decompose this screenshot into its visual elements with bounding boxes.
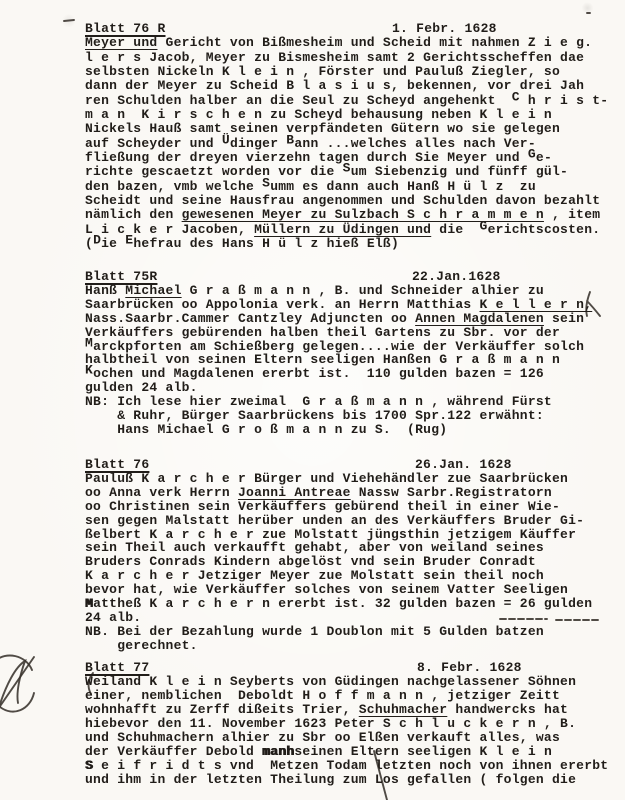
section-header: Blatt 75R22.Jan.1628 xyxy=(85,270,617,284)
section-header: Blatt 7626.Jan. 1628 xyxy=(85,458,617,472)
text-line: K a r c h e r Jetziger Meyer zue Molstat… xyxy=(85,569,617,583)
text-line: auf Scheyder und Üdinger Bann ...welches… xyxy=(85,137,617,151)
text-line: einer, nemblichen Deboldt H o f f m a n … xyxy=(85,689,617,703)
section-blatt-76r: Blatt 76 R1. Febr. 1628Meyer und Gericht… xyxy=(85,22,617,252)
text-line: Nass.Saarbr.Cammer Cantzley Adjuncten oo… xyxy=(85,312,617,326)
text-line: Mattheß K a r c h e r n ererbt ist. 32 g… xyxy=(85,597,617,611)
text-line: Marckpforten am Schießberg gelegen....wi… xyxy=(85,340,617,354)
section-blatt-75r: Blatt 75R22.Jan.1628Hanß Michael G r a ß… xyxy=(85,270,617,437)
text-line: NB. Bei der Bezahlung wurde 1 Doublon mi… xyxy=(85,625,617,639)
text-line: Weiland K l e i n Seyberts von Güdingen … xyxy=(85,675,617,689)
section-blatt-76: Blatt 7626.Jan. 1628Pauluß K a r c h e r… xyxy=(85,458,617,653)
text-line: halbtheil von seinen Eltern seeligen Han… xyxy=(85,353,617,367)
section-header: Blatt 76 R1. Febr. 1628 xyxy=(85,22,617,36)
margin-circled-letter-ellipse xyxy=(0,655,34,711)
text-line: und ihm in der letzten Theilung zum Los … xyxy=(85,773,617,787)
section-date: 26.Jan. 1628 xyxy=(415,458,512,472)
text-line: wohnhafft zu Zerff dißeits Trier, Schuhm… xyxy=(85,703,617,717)
text-line: sein Theil auch verkaufft gehabt, aber v… xyxy=(85,541,617,555)
text-line: S e i f r i d t s vnd Metzen Todam letzt… xyxy=(85,759,617,773)
text-line: Hanß Michael G r a ß m a n n , B. und Sc… xyxy=(85,284,617,298)
text-line: richte gescaetzt worden vor die Sum Sieb… xyxy=(85,165,617,179)
text-line: NB: Ich lese hier zweimal G r a ß m a n … xyxy=(85,395,617,409)
text-line: oo Christinen sein Verkäuffers gebürend … xyxy=(85,500,617,514)
section-title: Blatt 77 xyxy=(85,661,149,675)
text-line: fließung der dreyen vierzehn tagen durch… xyxy=(85,151,617,165)
text-line: Scheidt und seine Hausfrau angenommen un… xyxy=(85,194,617,208)
text-line: selbsten Nickeln K l e i n , Förster und… xyxy=(85,65,617,79)
text-line: nämlich den gewesenen Meyer zu Sulzbach … xyxy=(85,208,617,222)
text-line: & Ruhr, Bürger Saarbrückens bis 1700 Spr… xyxy=(85,409,617,423)
text-line: bevor hat, wie Verkäuffer solches von se… xyxy=(85,583,617,597)
text-line: m a n K i r s c h e n zu Scheyd behausun… xyxy=(85,108,617,122)
text-line: den bazen, vmb welche Summ es dann auch … xyxy=(85,180,617,194)
text-line: ren Schulden halber an die Seul zu Schey… xyxy=(85,94,617,108)
text-line: und Schuhmachern alhier zu Sbr oo Elßen … xyxy=(85,731,617,745)
top-left-dash-speck xyxy=(64,20,74,21)
section-title: Blatt 76 xyxy=(85,458,149,472)
text-line: gerechnet. xyxy=(85,639,617,653)
text-line: L i c k e r Jacoben, Müllern zu Üdingen … xyxy=(85,223,617,237)
section-header: Blatt 778. Febr. 1628 xyxy=(85,661,617,675)
text-line: Pauluß K a r c h e r Bürger und Viehehän… xyxy=(85,472,617,486)
text-line: Nickels Hauß samt seinen verpfändeten Gü… xyxy=(85,122,617,136)
text-line: l e r s Jacob, Meyer zu Bismesheim samt … xyxy=(85,51,617,65)
section-title: Blatt 75R xyxy=(85,270,157,284)
section-date: 8. Febr. 1628 xyxy=(417,661,522,675)
text-line: gulden 24 alb. xyxy=(85,381,617,395)
text-line: Hans Michael G r o ß m a n n zu S. (Rug) xyxy=(85,423,617,437)
text-line: hiebevor den 11. November 1623 Peter S c… xyxy=(85,717,617,731)
text-line: 24 alb. xyxy=(85,611,617,625)
text-line: Saarbrücken oo Appolonia verk. an Herrn … xyxy=(85,298,617,312)
text-line: Meyer und Gericht von Bißmesheim und Sch… xyxy=(85,36,617,50)
section-blatt-77: Blatt 778. Febr. 1628Weiland K l e i n S… xyxy=(85,661,617,787)
text-line: ßelbert K a r c h e r zue Molstatt jüngs… xyxy=(85,528,617,542)
text-line: (Die Ehefrau des Hans H ü l z hieß Elß) xyxy=(85,237,617,251)
text-line: sen gegen Malstatt herüber unden an des … xyxy=(85,514,617,528)
section-date: 1. Febr. 1628 xyxy=(392,22,497,36)
text-line: Kochen und Magdalenen ererbt ist. 110 gu… xyxy=(85,367,617,381)
text-line: Verkäuffers gebürenden halben theil Gart… xyxy=(85,326,617,340)
section-date: 22.Jan.1628 xyxy=(412,270,501,284)
margin-circled-letter-glyph xyxy=(0,661,25,704)
text-line: dann der Meyer zu Scheid B l a s i u s, … xyxy=(85,79,617,93)
margin-circled-letter-stroke xyxy=(0,657,34,712)
text-line: oo Anna verk Herrn Joanni Antreae Nassw … xyxy=(85,486,617,500)
section-title: Blatt 76 R xyxy=(85,22,166,36)
document-page: Blatt 76 R1. Febr. 1628Meyer und Gericht… xyxy=(0,0,625,800)
text-line: der Verkäuffer Debold manhseinen Eltern … xyxy=(85,745,617,759)
text-line: Bruders Conrads Kindern abgelöst vnd sei… xyxy=(85,555,617,569)
